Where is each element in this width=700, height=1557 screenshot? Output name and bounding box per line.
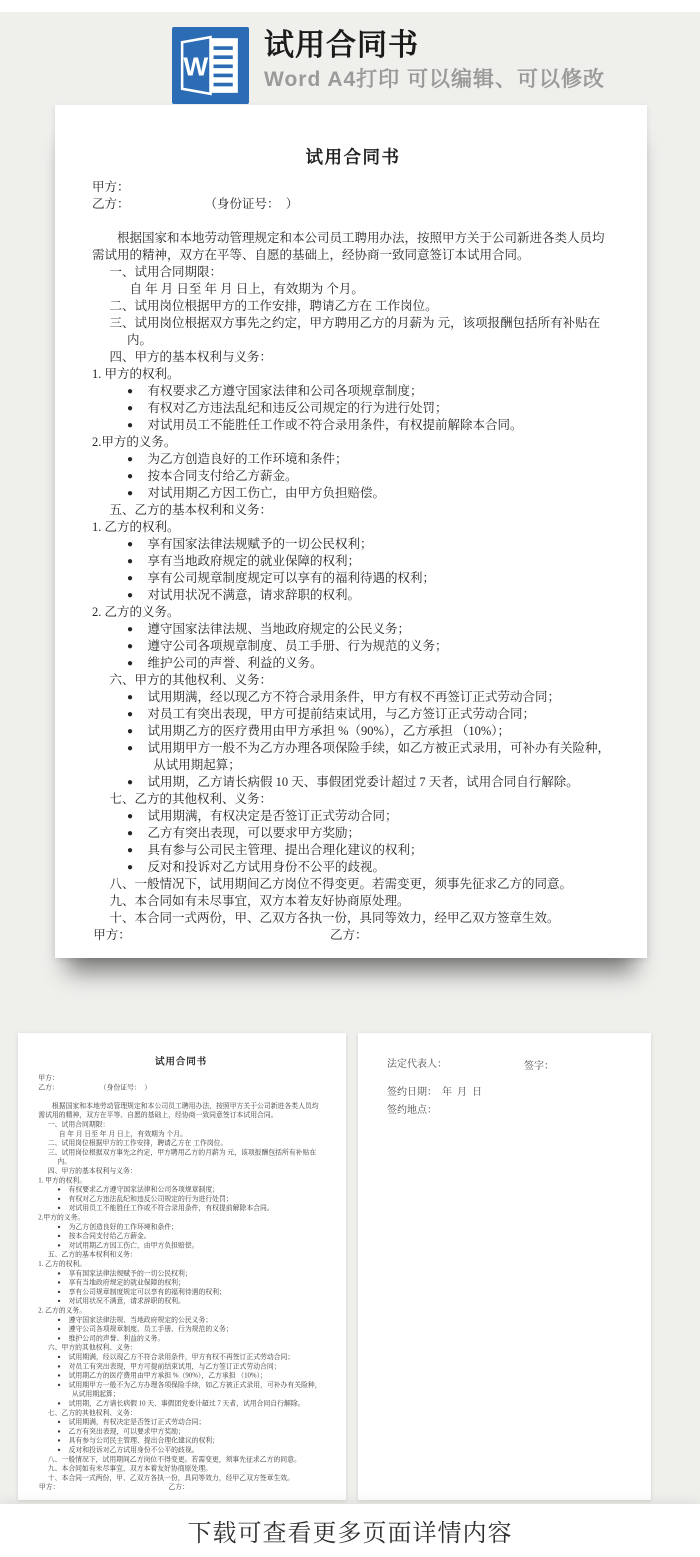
bullet-icon: ● xyxy=(57,1241,62,1250)
footer-bar: 下载可查看更多页面详情内容 xyxy=(0,1504,700,1557)
doc-line: ●对试用状况不满意，请求辞职的权利。 xyxy=(92,587,614,604)
doc-line: ●遵守国家法律法规、当地政府规定的公民义务； xyxy=(38,1315,324,1324)
party-b-label: 乙方： xyxy=(330,927,368,944)
bullet-icon: ● xyxy=(57,1380,62,1389)
bullet-icon: ● xyxy=(127,706,137,723)
doc-line: 1. 甲方的权利。 xyxy=(38,1176,324,1185)
doc-line: ●对员工有突出表现，甲方可提前结束试用，与乙方签订正式劳动合同； xyxy=(92,706,614,723)
bullet-icon: ● xyxy=(127,638,137,655)
doc-line xyxy=(38,1092,324,1101)
bullet-icon: ● xyxy=(57,1418,62,1427)
doc-line: 八、一般情况下，试用期间乙方岗位不得变更。若需变更，须事先征求乙方的同意。 xyxy=(92,876,614,893)
doc-line: ●遵守公司各项规章制度、员工手册、行为规范的义务； xyxy=(38,1325,324,1334)
bullet-icon: ● xyxy=(127,859,137,876)
thumbnail-page-1-content: 试用合同书 甲方：乙方： （身份证号： ）根据国家和本地劳动管理规定和本公司员工… xyxy=(18,1033,342,1500)
doc-line: 三、试用岗位根据双方事先之约定，甲方聘用乙方的月薪为 元，该项报酬包括所有补贴在… xyxy=(38,1148,324,1167)
doc-line: 六、甲方的其他权利、义务： xyxy=(38,1343,324,1352)
bullet-icon: ● xyxy=(127,774,137,791)
doc-line: 甲方： xyxy=(92,179,614,196)
doc-line: ●反对和投诉对乙方试用身份不公平的歧视。 xyxy=(38,1445,324,1454)
bullet-icon: ● xyxy=(57,1436,62,1445)
bullet-icon: ● xyxy=(127,417,137,434)
bullet-icon: ● xyxy=(57,1399,62,1408)
doc-line: ●遵守公司各项规章制度、员工手册、行为规范的义务； xyxy=(92,638,614,655)
bullet-icon: ● xyxy=(127,621,137,638)
doc-line: ●享有公司规章制度规定可以享有的福利待遇的权利； xyxy=(92,570,614,587)
doc-line: ●具有参与公司民主管理、提出合理化建议的权利； xyxy=(92,842,614,859)
doc-line: ●对试用员工不能胜任工作或不符合录用条件，有权提前解除本合同。 xyxy=(38,1204,324,1213)
doc-line: 2. 乙方的义务。 xyxy=(92,604,614,621)
doc-line: 九、本合同如有未尽事宜，双方本着友好协商原处理。 xyxy=(92,893,614,910)
doc-line: 2.甲方的义务。 xyxy=(38,1213,324,1222)
doc-line: 七、乙方的其他权利、义务： xyxy=(92,791,614,808)
doc-line: 九、本合同如有未尽事宜，双方本着友好协商原处理。 xyxy=(38,1464,324,1473)
doc-line: ●试用期满，经以现乙方不符合录用条件，甲方有权不再签订正式劳动合同； xyxy=(92,689,614,706)
doc-line: 八、一般情况下，试用期间乙方岗位不得变更。若需变更，须事先征求乙方的同意。 xyxy=(38,1455,324,1464)
doc-line: ●试用期乙方的医疗费用由甲方承担 %（90%），乙方承担 （10%）； xyxy=(38,1371,324,1380)
word-icon: W xyxy=(172,27,249,104)
doc-line: ●有权对乙方违法乱纪和违反公司规定的行为进行处罚； xyxy=(92,400,614,417)
doc-line: 乙方： （身份证号： ） xyxy=(92,196,614,213)
bullet-icon: ● xyxy=(57,1427,62,1436)
doc-line: 甲方： xyxy=(38,1073,324,1082)
thumbnail-page-1[interactable]: 试用合同书 甲方：乙方： （身份证号： ）根据国家和本地劳动管理规定和本公司员工… xyxy=(18,1033,346,1500)
template-subtitle: Word A4打印 可以编辑、可以修改 xyxy=(264,63,605,93)
sign-date-label: 签约日期： 年 月 日 xyxy=(387,1083,482,1098)
doc-line: ●为乙方创造良好的工作环境和条件； xyxy=(38,1222,324,1231)
doc-line: ●试用期，乙方请长病假 10 天、事假团党委计超过 7 天者，试用合同自行解除。 xyxy=(92,774,614,791)
bullet-icon: ● xyxy=(127,655,137,672)
doc-line: ●对员工有突出表现，甲方可提前结束试用，与乙方签订正式劳动合同； xyxy=(38,1362,324,1371)
doc-line: ●按本合同支付给乙方薪金。 xyxy=(38,1232,324,1241)
bullet-icon: ● xyxy=(127,587,137,604)
doc-line: ●享有当地政府规定的就业保障的权利； xyxy=(92,553,614,570)
bullet-icon: ● xyxy=(57,1269,62,1278)
thumbnail-page-2[interactable]: 法定代表人： 签字： 签约日期： 年 月 日 签约地点： xyxy=(358,1033,651,1500)
thumbnail-page-1-sheet: 试用合同书 甲方：乙方： （身份证号： ）根据国家和本地劳动管理规定和本公司员工… xyxy=(18,1033,342,1500)
bullet-icon: ● xyxy=(57,1278,62,1287)
bullet-icon: ● xyxy=(57,1352,62,1361)
bullet-icon: ● xyxy=(57,1334,62,1343)
doc-line: ●享有国家法律法规赋予的一切公民权利； xyxy=(38,1269,324,1278)
doc-line: ●试用期甲方一般不为乙方办理各项保险手续，如乙方被正式录用，可补办有关险种，从试… xyxy=(38,1380,324,1399)
bullet-icon: ● xyxy=(127,570,137,587)
bullet-icon: ● xyxy=(127,383,137,400)
doc-line: 1. 乙方的权利。 xyxy=(38,1259,324,1268)
doc-line: ●对试用期乙方因工伤亡，由甲方负担赔偿。 xyxy=(92,485,614,502)
doc-line: ●享有当地政府规定的就业保障的权利； xyxy=(38,1278,324,1287)
doc-line: 二、试用岗位根据甲方的工作安排，聘请乙方在 工作岗位。 xyxy=(38,1139,324,1148)
template-title: 试用合同书 xyxy=(264,20,419,64)
bullet-icon: ● xyxy=(57,1297,62,1306)
party-b-label: 乙方： xyxy=(168,1483,189,1492)
doc-line: 四、甲方的基本权利与义务： xyxy=(38,1166,324,1175)
doc-line: ●有权对乙方违法乱纪和违反公司规定的行为进行处罚； xyxy=(38,1194,324,1203)
document-title: 试用合同书 xyxy=(38,1056,324,1067)
bullet-icon: ● xyxy=(57,1232,62,1241)
bullet-icon: ● xyxy=(127,808,137,825)
doc-line: ●有权要求乙方遵守国家法律和公司各项规章制度； xyxy=(38,1185,324,1194)
doc-line: ●试用期，乙方请长病假 10 天、事假团党委计超过 7 天者，试用合同自行解除。 xyxy=(38,1399,324,1408)
doc-line: 自 年 月 日至 年 月 日上，有效期为 个月。 xyxy=(38,1129,324,1138)
document-title: 试用合同书 xyxy=(92,147,614,167)
doc-line: ●遵守国家法律法规、当地政府规定的公民义务； xyxy=(92,621,614,638)
doc-line: ●维护公司的声誉、利益的义务。 xyxy=(92,655,614,672)
doc-line: 六、甲方的其他权利、义务： xyxy=(92,672,614,689)
bullet-icon: ● xyxy=(127,842,137,859)
doc-line: ●反对和投诉对乙方试用身份不公平的歧视。 xyxy=(92,859,614,876)
bullet-icon: ● xyxy=(127,400,137,417)
bullet-icon: ● xyxy=(127,740,137,757)
doc-line: ●试用期满，经以现乙方不符合录用条件，甲方有权不再签订正式劳动合同； xyxy=(38,1352,324,1361)
doc-line: 甲方：乙方： xyxy=(38,1483,324,1492)
doc-line: 自 年 月 日至 年 月 日上，有效期为 个月。 xyxy=(92,281,614,298)
doc-line: ●享有国家法律法规赋予的一切公民权利； xyxy=(92,536,614,553)
doc-line: ●享有公司规章制度规定可以享有的福利待遇的权利； xyxy=(38,1287,324,1296)
doc-line: 乙方： （身份证号： ） xyxy=(38,1083,324,1092)
doc-line: ●维护公司的声誉、利益的义务。 xyxy=(38,1334,324,1343)
party-a-label: 甲方： xyxy=(39,1483,60,1491)
doc-line: 1. 甲方的权利。 xyxy=(92,366,614,383)
bullet-icon: ● xyxy=(57,1194,62,1203)
doc-line: 根据国家和本地劳动管理规定和本公司员工聘用办法，按照甲方关于公司新进各类人员均需… xyxy=(38,1101,324,1120)
doc-line xyxy=(92,213,614,230)
doc-line: ●对试用员工不能胜任工作或不符合录用条件，有权提前解除本合同。 xyxy=(92,417,614,434)
bullet-icon: ● xyxy=(127,689,137,706)
bullet-icon: ● xyxy=(57,1445,62,1454)
document-body: 甲方：乙方： （身份证号： ）根据国家和本地劳动管理规定和本公司员工聘用办法，按… xyxy=(92,179,614,944)
doc-line: 2. 乙方的义务。 xyxy=(38,1306,324,1315)
bullet-icon: ● xyxy=(127,536,137,553)
doc-line: 一、试用合同期限： xyxy=(92,264,614,281)
doc-line: 五、乙方的基本权利和义务： xyxy=(92,502,614,519)
word-icon-letter: W xyxy=(183,52,208,82)
doc-line: ●乙方有突出表现，可以要求甲方奖励； xyxy=(38,1427,324,1436)
doc-line: 四、甲方的基本权利与义务： xyxy=(92,349,614,366)
doc-line: 三、试用岗位根据双方事先之约定，甲方聘用乙方的月薪为 元，该项报酬包括所有补贴在… xyxy=(92,315,614,349)
doc-line: 五、乙方的基本权利和义务： xyxy=(38,1250,324,1259)
doc-line: ●试用期甲方一般不为乙方办理各项保险手续，如乙方被正式录用，可补办有关险种，从试… xyxy=(92,740,614,774)
doc-line: ●有权要求乙方遵守国家法律和公司各项规章制度； xyxy=(92,383,614,400)
doc-line: ●试用期满，有权决定是否签订正式劳动合同； xyxy=(92,808,614,825)
doc-line: ●具有参与公司民主管理、提出合理化建议的权利； xyxy=(38,1436,324,1445)
bullet-icon: ● xyxy=(57,1222,62,1231)
doc-line: 2.甲方的义务。 xyxy=(92,434,614,451)
bullet-icon: ● xyxy=(57,1185,62,1194)
doc-line: 一、试用合同期限： xyxy=(38,1120,324,1129)
page-header: W 试用合同书 Word A4打印 可以编辑、可以修改 xyxy=(0,12,700,105)
doc-line: ●按本合同支付给乙方薪金。 xyxy=(92,468,614,485)
doc-line: 二、试用岗位根据甲方的工作安排，聘请乙方在 工作岗位。 xyxy=(92,298,614,315)
signature-label: 签字： xyxy=(524,1057,554,1072)
doc-line: 十、本合同一式两份，甲、乙双方各执一份，具同等效力，经甲乙双方签章生效。 xyxy=(38,1473,324,1482)
doc-line: 十、本合同一式两份，甲、乙双方各执一份，具同等效力，经甲乙双方签章生效。 xyxy=(92,910,614,927)
doc-line: ●对试用期乙方因工伤亡，由甲方负担赔偿。 xyxy=(38,1241,324,1250)
bullet-icon: ● xyxy=(57,1371,62,1380)
bullet-icon: ● xyxy=(57,1315,62,1324)
doc-line: ●乙方有突出表现，可以要求甲方奖励； xyxy=(92,825,614,842)
legal-representative-label: 法定代表人： xyxy=(387,1055,447,1070)
bullet-icon: ● xyxy=(127,825,137,842)
bullet-icon: ● xyxy=(127,553,137,570)
doc-line: ●试用期乙方的医疗费用由甲方承担 %（90%），乙方承担 （10%）； xyxy=(92,723,614,740)
doc-line: 根据国家和本地劳动管理规定和本公司员工聘用办法，按照甲方关于公司新进各类人员均需… xyxy=(92,230,614,264)
bullet-icon: ● xyxy=(57,1325,62,1334)
bullet-icon: ● xyxy=(57,1287,62,1296)
bullet-icon: ● xyxy=(57,1362,62,1371)
doc-line: ●对试用状况不满意，请求辞职的权利。 xyxy=(38,1297,324,1306)
bullet-icon: ● xyxy=(127,485,137,502)
doc-line: ●试用期满，有权决定是否签订正式劳动合同； xyxy=(38,1418,324,1427)
sign-place-label: 签约地点： xyxy=(387,1101,437,1116)
bullet-icon: ● xyxy=(127,468,137,485)
top-white-strip xyxy=(0,0,700,12)
doc-line: ●为乙方创造良好的工作环境和条件； xyxy=(92,451,614,468)
document-body: 甲方：乙方： （身份证号： ）根据国家和本地劳动管理规定和本公司员工聘用办法，按… xyxy=(38,1073,324,1491)
party-a-label: 甲方： xyxy=(93,928,131,942)
doc-line: 甲方：乙方： xyxy=(92,927,614,944)
doc-line: 七、乙方的其他权利、义务： xyxy=(38,1408,324,1417)
document-page-1: 试用合同书 甲方：乙方： （身份证号： ）根据国家和本地劳动管理规定和本公司员工… xyxy=(55,105,647,958)
bullet-icon: ● xyxy=(127,451,137,468)
footer-text: 下载可查看更多页面详情内容 xyxy=(188,1513,513,1548)
bullet-icon: ● xyxy=(127,723,137,740)
bullet-icon: ● xyxy=(57,1204,62,1213)
doc-line: 1. 乙方的权利。 xyxy=(92,519,614,536)
